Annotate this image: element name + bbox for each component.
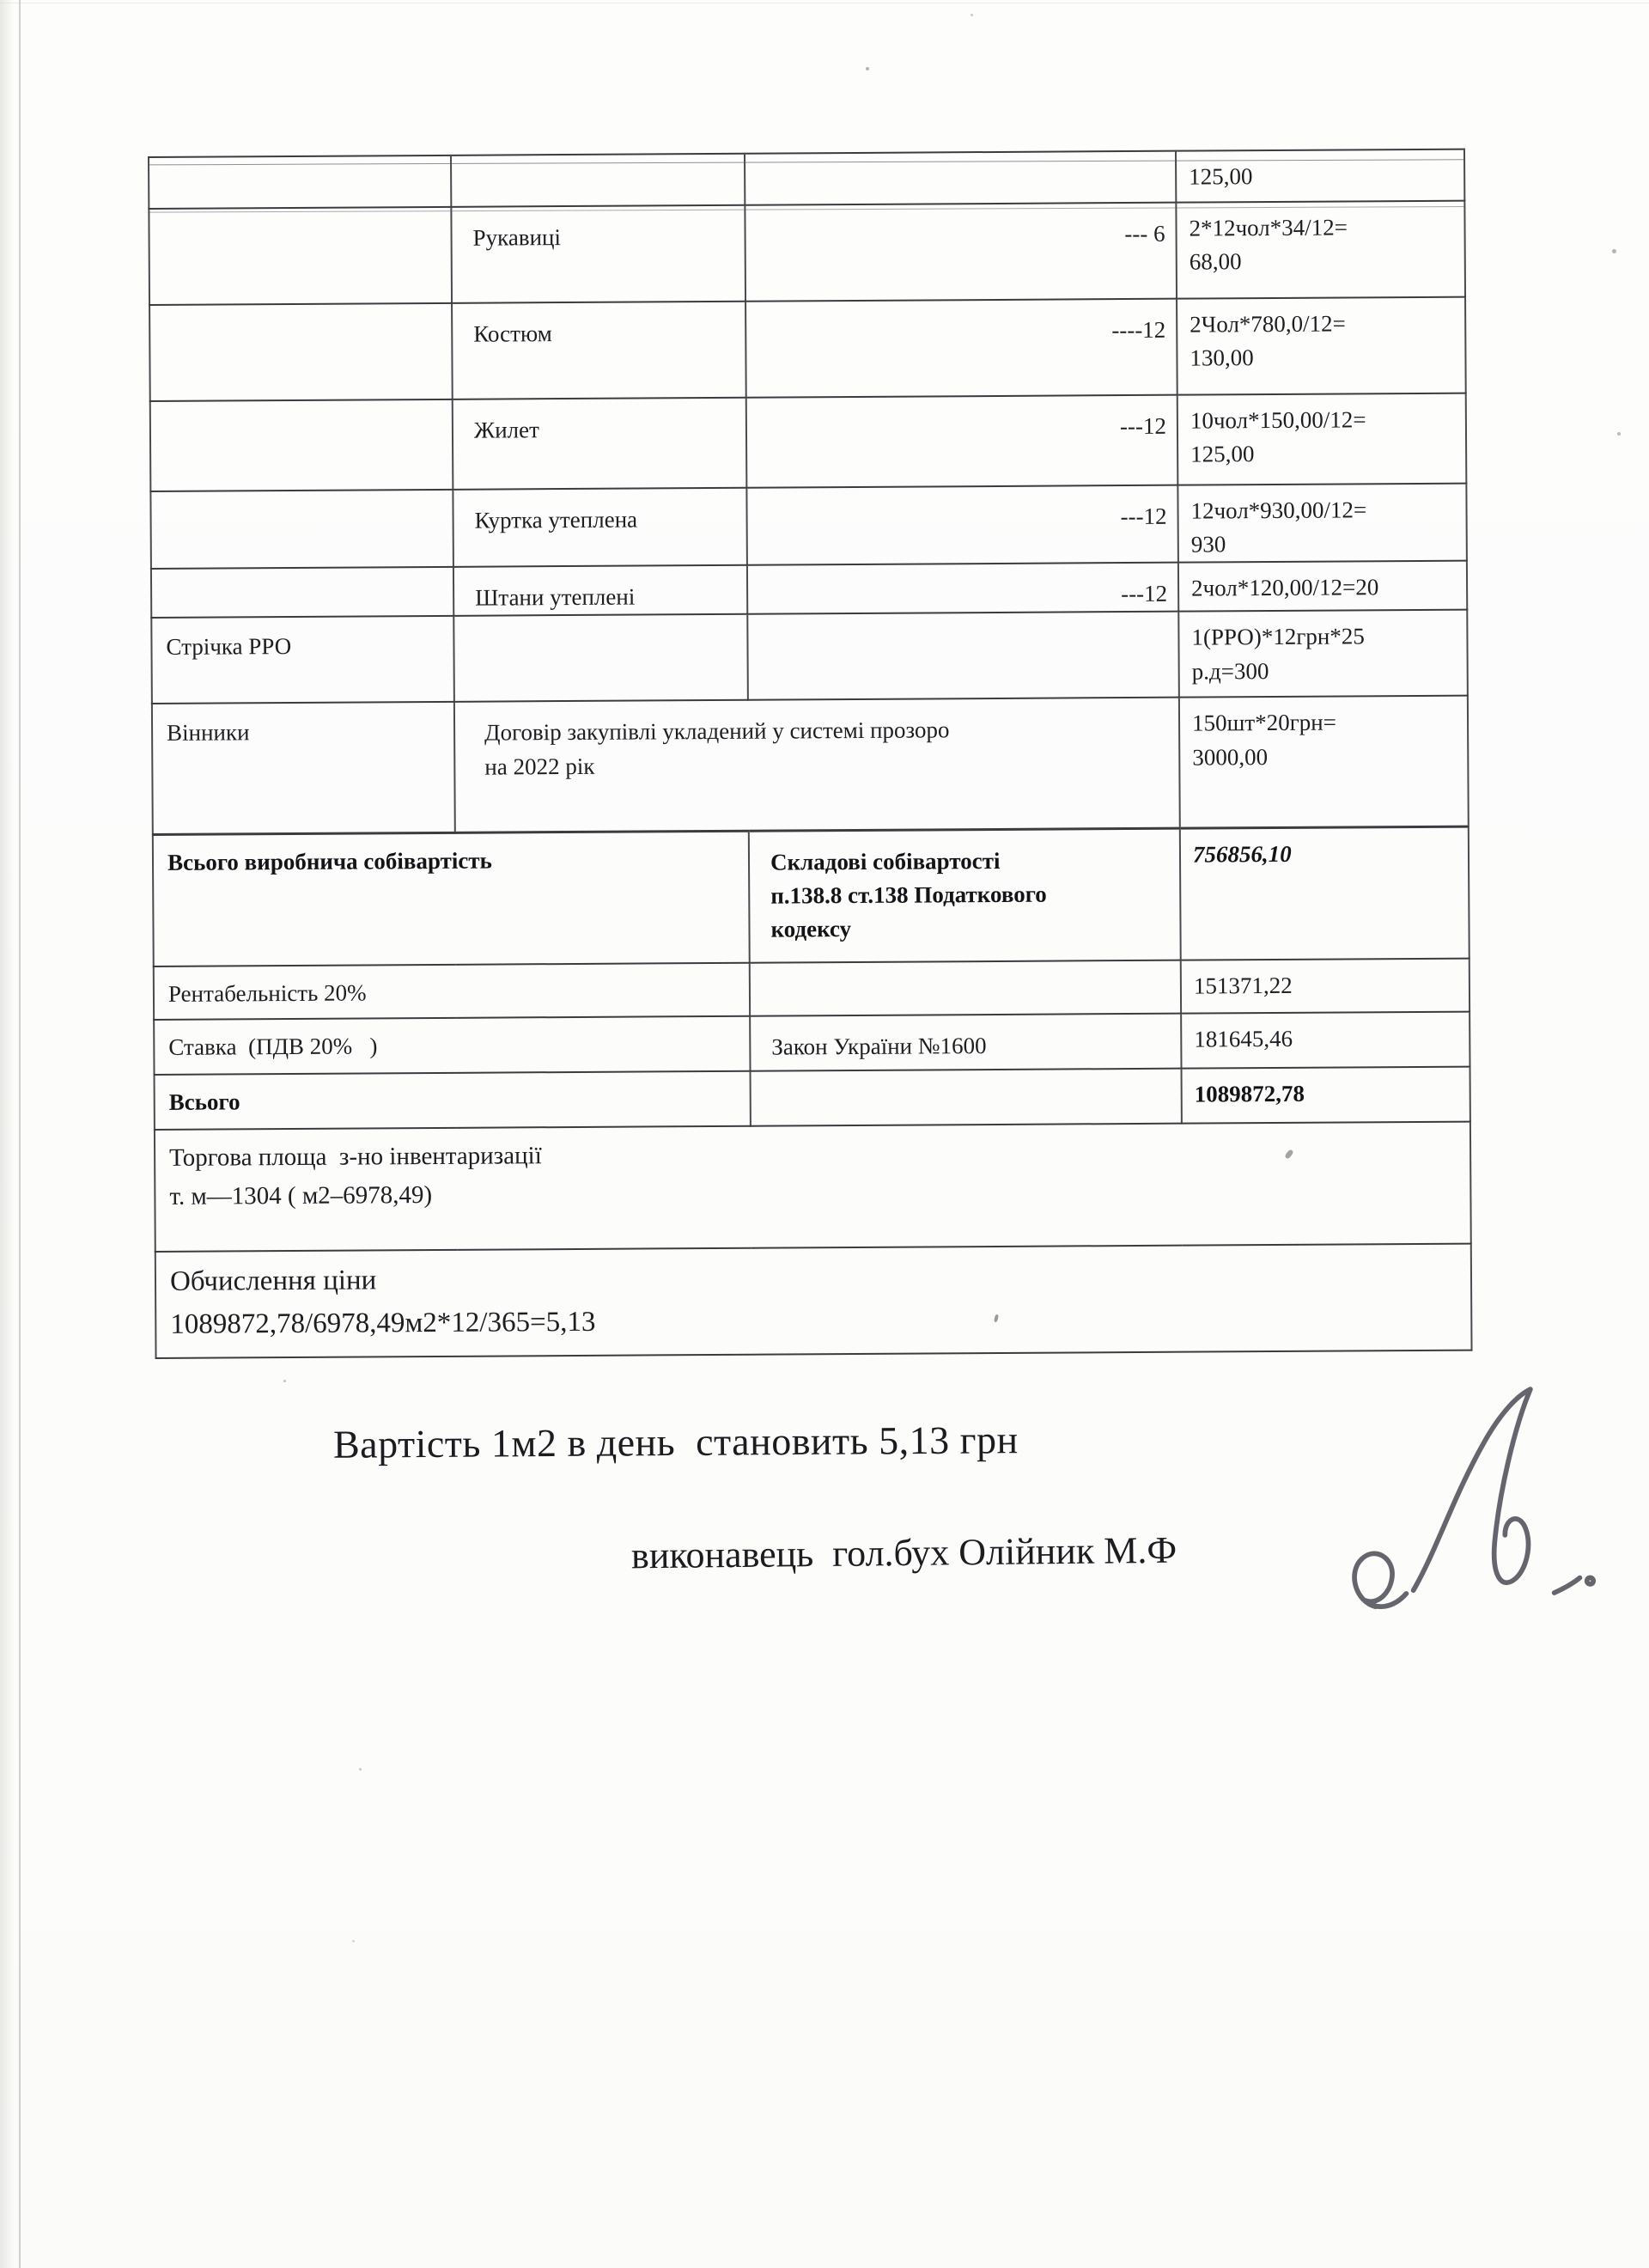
cell-basis: Закон України №1600 xyxy=(750,1014,1181,1071)
price-statement-line: Вартість 1м2 в день становить 5,13 грн xyxy=(333,1417,1019,1467)
cell-item: Штани утеплені xyxy=(453,565,747,616)
cell-basis: Складові собівартості п.138.8 ст.138 Под… xyxy=(749,828,1181,963)
table-row-profitability: Рентабельність 20% 151371,22 xyxy=(154,959,1469,1020)
table-row-grand-total: Всього 1089872,78 xyxy=(155,1067,1470,1130)
cell-calc: 12чол*930,00/12= 930 xyxy=(1177,484,1467,563)
cell-item: Куртка утеплена xyxy=(453,488,747,567)
cost-table: 125,00 Рукавиці --- 6 2*12чол*34/12= 68,… xyxy=(148,149,1473,1360)
executor-line: виконавець гол.бух Олійник М.Ф xyxy=(631,1528,1177,1578)
cell-qty xyxy=(745,151,1176,205)
cell-qty xyxy=(747,612,1179,700)
table-row: Жилет ---12 10чол*150,00/12= 125,00 xyxy=(150,393,1467,491)
scan-speckle xyxy=(866,67,869,70)
cell-description: Договір закупівлі укладений у системі пр… xyxy=(454,698,1180,832)
cell-category xyxy=(149,303,453,401)
table-row: Костюм ----12 2Чол*780,0/12= 130,00 xyxy=(149,297,1466,401)
scan-speckle xyxy=(1617,432,1621,436)
cell-amount: 151371,22 xyxy=(1181,959,1469,1014)
scan-speckle xyxy=(971,14,973,16)
signature xyxy=(1317,1376,1626,1662)
cell-qty: ---12 xyxy=(747,563,1178,614)
cell-calc: 125,00 xyxy=(1176,149,1464,203)
cell-category xyxy=(150,399,453,491)
table-row: Штани утеплені ---12 2чол*120,00/12=20 xyxy=(151,561,1467,618)
scan-speckle xyxy=(352,1940,355,1942)
cell-amount: 1089872,78 xyxy=(1182,1067,1470,1124)
table-row-production-total: Всього виробнича собівартість Складові с… xyxy=(153,826,1469,966)
cell-calc: 2*12чол*34/12= 68,00 xyxy=(1176,201,1465,299)
cell-label: Рентабельність 20% xyxy=(154,963,750,1020)
scan-top-line xyxy=(0,3,1649,3)
scan-speckle xyxy=(359,1768,362,1771)
cell-price-calculation: Обчислення ціни 1089872,78/6978,49м2*12/… xyxy=(155,1244,1472,1358)
cell-trade-area-note: Торгова площа з-но інвентаризації т. м—1… xyxy=(155,1122,1471,1252)
table-row-vat: Ставка (ПДВ 20% ) Закон України №1600 18… xyxy=(154,1012,1469,1075)
scan-edge-line xyxy=(19,0,21,2268)
scan-speckle xyxy=(283,1380,286,1382)
cell-amount: 756856,10 xyxy=(1180,826,1469,960)
cell-item xyxy=(453,614,748,702)
cell-amount: 181645,46 xyxy=(1181,1012,1469,1069)
cell-qty: ---12 xyxy=(746,485,1178,565)
cost-table-container: 125,00 Рукавиці --- 6 2*12чол*34/12= 68,… xyxy=(148,149,1471,1360)
table-row: Стрічка РРО 1(РРО)*12грн*25 р.д=300 xyxy=(151,610,1468,704)
cell-total-label: Всього виробнича собівартість xyxy=(153,831,750,966)
table-row: Куртка утеплена ---12 12чол*930,00/12= 9… xyxy=(150,484,1467,570)
table-row-price-calculation: Обчислення ціни 1089872,78/6978,49м2*12/… xyxy=(155,1244,1472,1358)
cell-calc: 1(РРО)*12грн*25 р.д=300 xyxy=(1178,610,1468,698)
cell-category: Вінники xyxy=(152,702,455,834)
cell-item: Костюм xyxy=(452,302,746,399)
cell-qty: ---12 xyxy=(746,395,1178,488)
scan-edge-shadow xyxy=(0,0,26,2268)
cell-calc: 2Чол*780,0/12= 130,00 xyxy=(1177,297,1466,395)
cell-label: Ставка (ПДВ 20% ) xyxy=(154,1016,750,1075)
cell-calc: 150шт*20грн= 3000,00 xyxy=(1179,696,1469,828)
scan-speckle xyxy=(1612,249,1616,253)
cell-category xyxy=(150,490,453,569)
cell-total-label: Всього xyxy=(155,1071,751,1130)
cell-qty: --- 6 xyxy=(745,203,1177,302)
scanned-document-page: 125,00 Рукавиці --- 6 2*12чол*34/12= 68,… xyxy=(0,0,1649,2268)
table-row-trade-area: Торгова площа з-но інвентаризації т. м—1… xyxy=(155,1122,1471,1252)
cell-item: Жилет xyxy=(453,398,747,490)
cell-calc: 2чол*120,00/12=20 xyxy=(1178,561,1467,612)
cell-calc: 10чол*150,00/12= 125,00 xyxy=(1177,393,1467,485)
table-row: 125,00 xyxy=(149,149,1464,209)
cell-basis xyxy=(750,960,1181,1016)
cell-basis xyxy=(751,1069,1182,1126)
cell-qty: ----12 xyxy=(745,299,1177,398)
cell-category xyxy=(149,207,452,305)
table-row: Вінники Договір закупівлі укладений у си… xyxy=(152,696,1469,834)
cell-category xyxy=(151,567,453,618)
cell-category: Стрічка РРО xyxy=(151,616,454,704)
table-row: Рукавиці --- 6 2*12чол*34/12= 68,00 xyxy=(149,201,1465,305)
cell-item: Рукавиці xyxy=(451,205,745,303)
